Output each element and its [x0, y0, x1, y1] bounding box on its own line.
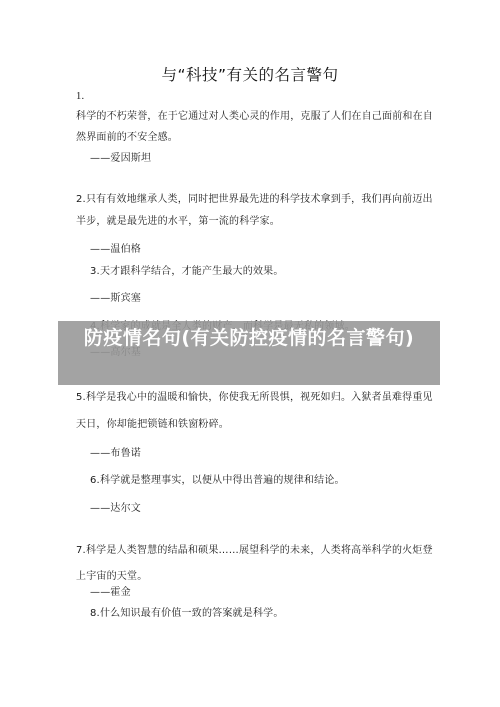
- quote-2-line-1: 2.只有有效地继承人类，同时把世界最先进的科学技术拿到手，我们再向前迈出: [76, 193, 433, 207]
- item-number-1: 1.: [76, 90, 84, 104]
- quote-5-line-1: 5.科学是我心中的温暖和愉快，你使我无所畏惧，视死如归。入狱者虽难得重见: [76, 391, 433, 405]
- quote-1-line-1: 科学的不朽荣誉，在于它通过对人类心灵的作用，克服了人们在自己面前和在自: [76, 110, 433, 124]
- document-title: 与“科技”有关的名言警句: [0, 63, 500, 85]
- quote-3-author: ——斯宾塞: [90, 292, 141, 306]
- document-page: 与“科技”有关的名言警句 1. 科学的不朽荣誉，在于它通过对人类心灵的作用，克服…: [0, 0, 500, 707]
- quote-3-line-1: 3.天才跟科学结合，才能产生最大的效果。: [90, 265, 284, 279]
- quote-2-author: ——温伯格: [90, 243, 141, 257]
- quote-1-author: ——爱因斯坦: [90, 152, 151, 166]
- quote-7-line-1: 7.科学是人类智慧的结晶和硕果……展望科学的未来，人类将高举科学的火炬登: [76, 544, 433, 558]
- quote-2-line-2: 半步，就是最先进的水平，第一流的科学家。: [76, 215, 280, 229]
- quote-5-line-2: 天日，你却能把锁链和铁窗粉碎。: [76, 418, 229, 432]
- quote-7-author: ——霍金: [90, 586, 131, 600]
- quote-1-line-2: 然界面前的不安全感。: [76, 131, 178, 145]
- overlay-title: 防疫情名句(有关防控疫情的名言警句): [58, 324, 440, 352]
- quote-6-author: ——达尔文: [90, 502, 141, 516]
- quote-6-line-1: 6.科学就是整理事实，以便从中得出普遍的规律和结论。: [90, 474, 345, 488]
- quote-5-author: ——布鲁诺: [90, 447, 141, 461]
- quote-7-line-2: 上宇宙的天堂。: [76, 570, 147, 584]
- quote-8-line-1: 8.什么知识最有价值一致的答案就是科学。: [90, 607, 284, 621]
